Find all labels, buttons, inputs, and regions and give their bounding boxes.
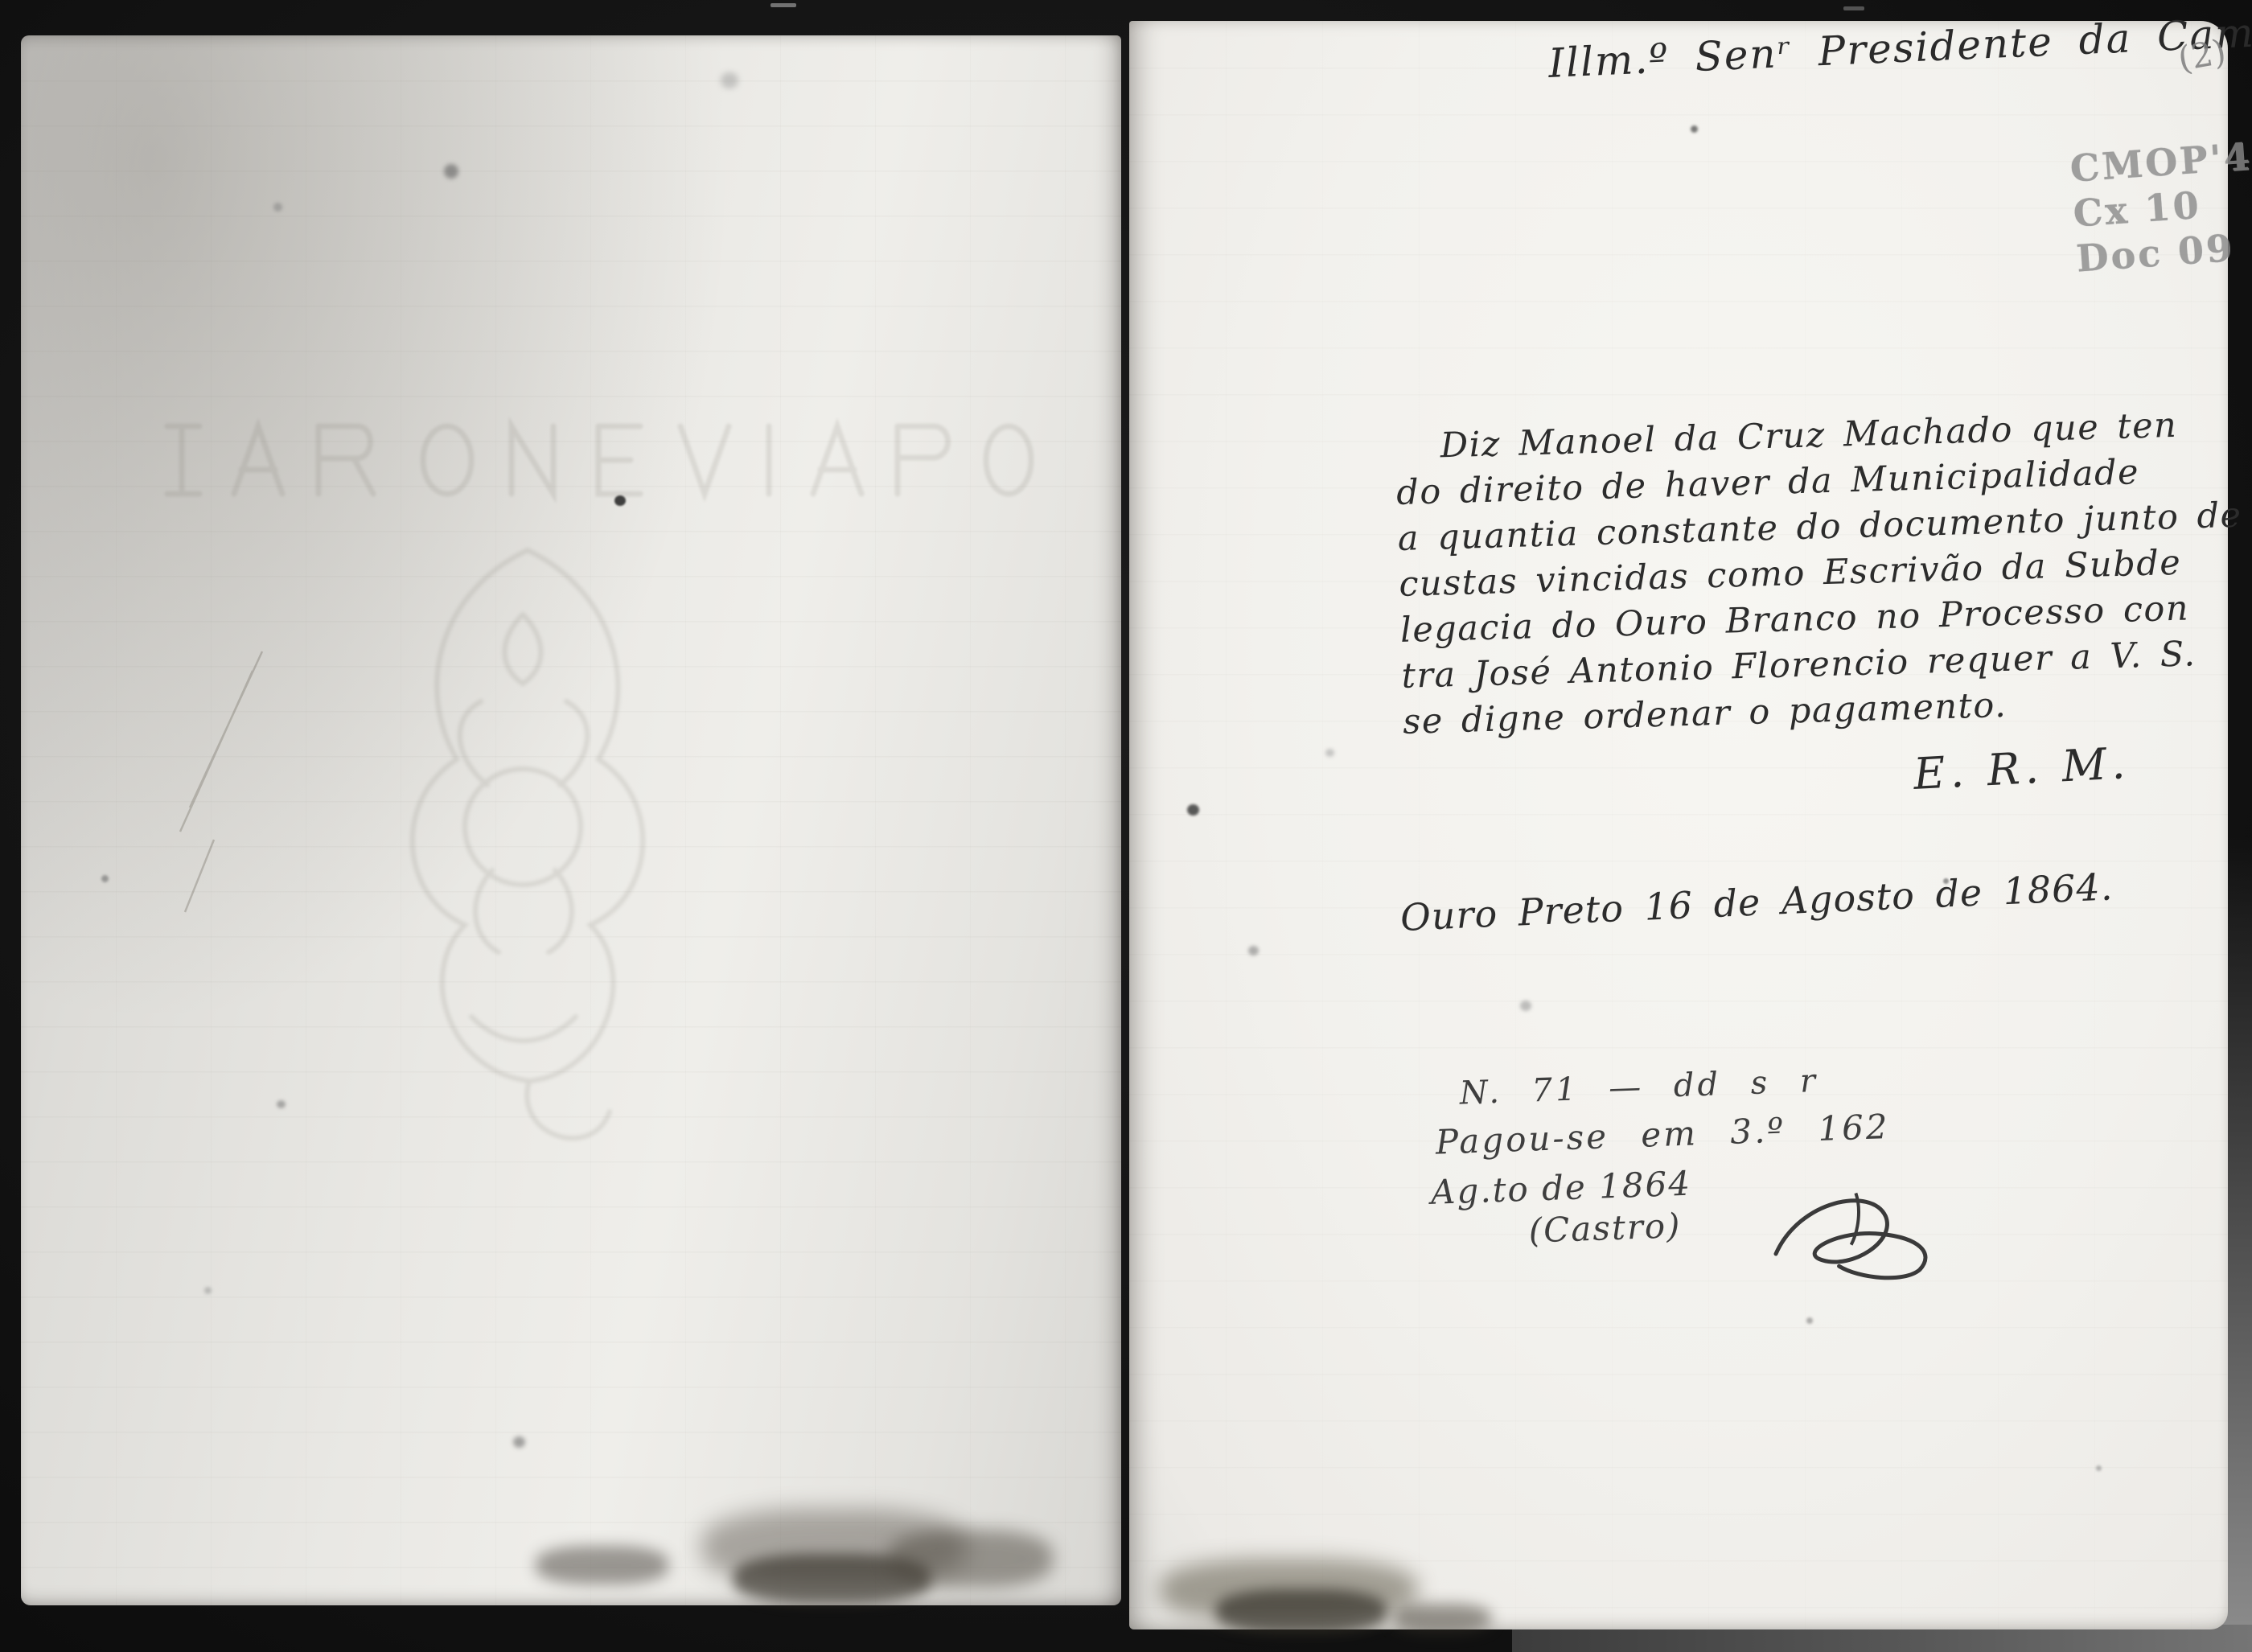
stain bbox=[1520, 1001, 1531, 1011]
stain bbox=[1943, 878, 1949, 884]
stain bbox=[1325, 749, 1334, 757]
stain bbox=[277, 1100, 286, 1108]
stain bbox=[204, 1287, 212, 1294]
stain bbox=[1806, 1317, 1813, 1324]
bottom-smudge bbox=[888, 1530, 1053, 1588]
archive-reference-stamp: CMOP'4 Cx 10 Doc 09 bbox=[2069, 134, 2252, 281]
bottom-smudge bbox=[1216, 1589, 1387, 1634]
stain bbox=[513, 1436, 525, 1448]
place-and-date-line: Ouro Preto 16 de Agosto de 1864. bbox=[1399, 865, 2114, 939]
despacho-line: Ag.to de 1864 bbox=[1430, 1164, 1692, 1212]
left-page-verso bbox=[21, 35, 1121, 1605]
closing-formula: E. R. M. bbox=[1913, 738, 2131, 799]
scanner-edge-speck bbox=[1843, 6, 1864, 10]
right-page-recto: Illm.º Senʳ Presidente da Cam.ª (2) CMOP… bbox=[1129, 21, 2228, 1629]
stain bbox=[721, 72, 738, 88]
stain bbox=[1691, 125, 1698, 133]
stain bbox=[273, 203, 282, 212]
despacho-line: N. 71 — dd s r bbox=[1459, 1062, 1819, 1112]
coat-of-arms-watermark bbox=[327, 518, 713, 1177]
folio-number-stamp: (2) bbox=[2175, 31, 2229, 79]
signature-rubric-flourish bbox=[1759, 1179, 1947, 1290]
petition-body: Diz Manoel da Cruz Machado que ten do di… bbox=[1395, 402, 2252, 427]
show-through-lettering-watermark bbox=[158, 412, 1066, 508]
stain bbox=[2096, 1465, 2102, 1471]
bottom-smudge bbox=[1393, 1604, 1491, 1633]
archival-document-scan: Illm.º Senʳ Presidente da Cam.ª (2) CMOP… bbox=[0, 0, 2252, 1652]
stain bbox=[444, 164, 458, 179]
stain bbox=[1248, 946, 1259, 955]
stain bbox=[101, 875, 109, 882]
ink-spot bbox=[614, 495, 626, 506]
scanner-edge-speck bbox=[771, 3, 796, 7]
despacho-line: Pagou-se em 3.º 162 bbox=[1435, 1107, 1890, 1162]
salutation-line: Illm.º Senʳ Presidente da Cam.ª bbox=[1547, 8, 2252, 87]
despacho-signature-name: (Castro) bbox=[1528, 1206, 1682, 1251]
paper-scratch bbox=[166, 647, 270, 920]
ink-spot bbox=[1187, 804, 1199, 816]
bottom-smudge bbox=[536, 1546, 668, 1584]
